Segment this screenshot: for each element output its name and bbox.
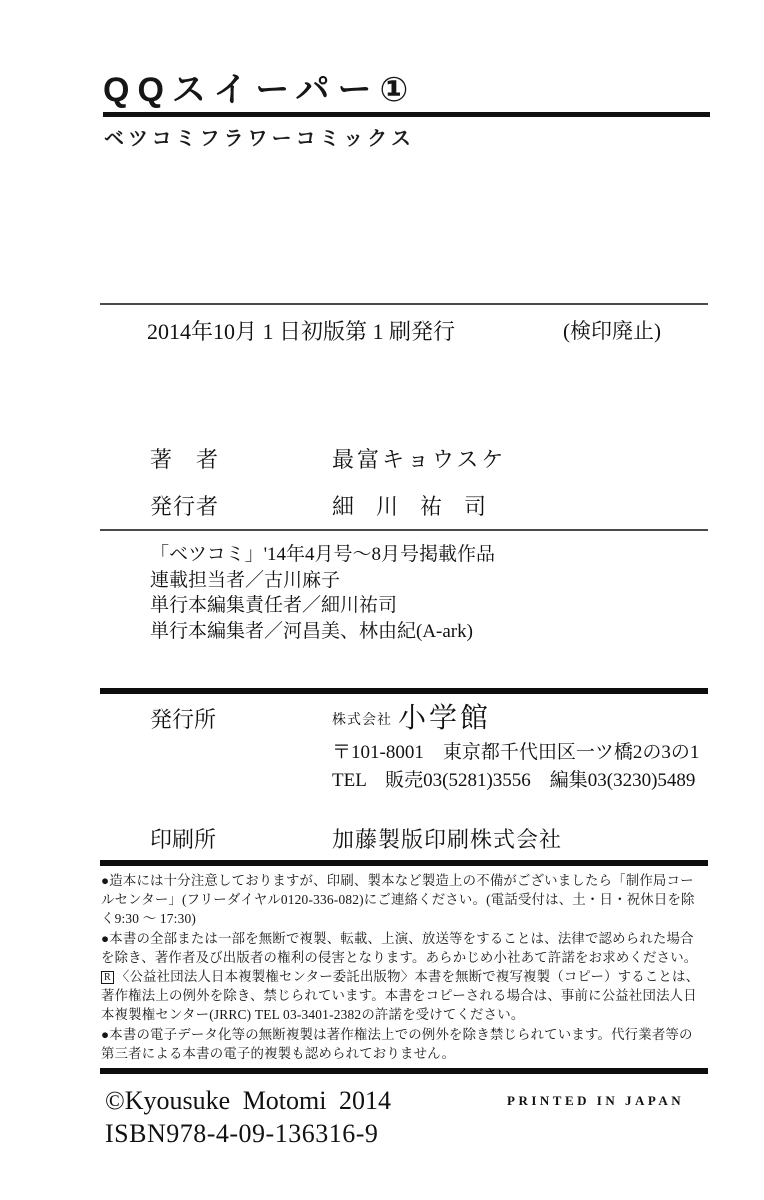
- printer-name: 加藤製版印刷株式会社: [332, 823, 562, 854]
- company-prefix: 株式会社: [332, 713, 392, 728]
- colophon-page: QQスイーパー① ベツコミフラワーコミックス 2014年10月 1 日初版第 1…: [0, 0, 764, 1200]
- notice-line-text: 〈公益社団法人日本複製権センター委託出版物〉本書を無断で複写複製（コピー）するこ…: [116, 969, 699, 984]
- credit-line: 連載担当者／古川麻子: [150, 568, 495, 594]
- publisher-phone: TEL 販売03(5281)3556 編集03(3230)5489: [332, 765, 695, 792]
- company-name: 小学館: [398, 703, 491, 734]
- notice-line: ●本書の電子データ化等の無断複製は著作権法上での例外を除き禁じられています。代行…: [101, 1025, 717, 1044]
- title-rule: [103, 112, 710, 117]
- author-name: 最富キョウスケ: [332, 443, 506, 474]
- divider-credits: [100, 529, 708, 531]
- notice-line: ルセンター」(フリーダイヤル0120-336-082)にご連絡ください。(電話受…: [101, 890, 717, 909]
- author-label: 著 者: [150, 443, 219, 474]
- notice-line: 本複製権センター(JRRC) TEL 03-3401-2382の許諾を受けてくだ…: [101, 1005, 717, 1024]
- publishing-house-name: 株式会社小学館: [332, 696, 491, 736]
- divider-publisher-bar: [100, 688, 708, 694]
- notice-line: 著作権法上の例外を除き、禁じられています。本書をコピーされる場合は、事前に公益社…: [101, 986, 717, 1005]
- publisher-address: 〒101-8001 東京都千代田区一ツ橋2の3の1: [332, 737, 699, 764]
- divider-footer-bar: [100, 1068, 708, 1074]
- publishing-house-label: 発行所: [150, 703, 216, 734]
- notice-line: ●造本には十分注意しておりますが、印刷、製本など製造上の不備がございましたら「制…: [101, 871, 717, 890]
- book-title: QQスイーパー①: [103, 62, 416, 111]
- credit-line: 「ベツコミ」'14年4月号～8月号掲載作品: [150, 542, 495, 568]
- stamp-abolition-note: (検印廃止): [563, 315, 661, 345]
- divider-notices-top-bar: [100, 860, 708, 866]
- jrrc-mark: R: [101, 971, 114, 984]
- notice-line: を除き、著作者及び出版者の権利の侵害となります。あらかじめ小社あて許諾をお求めく…: [101, 948, 717, 967]
- notice-line: 第三者による本書の電子的複製も認められておりません。: [101, 1044, 717, 1063]
- printed-in-japan: PRINTED IN JAPAN: [507, 1093, 684, 1109]
- copyright-line: ©Kyousuke Motomi 2014: [105, 1086, 391, 1116]
- divider-top: [100, 303, 708, 305]
- notice-line: く9:30 ～ 17:30): [101, 909, 717, 928]
- isbn-number: ISBN978-4-09-136316-9: [105, 1119, 378, 1149]
- credit-line: 単行本編集責任者／細川祐司: [150, 593, 495, 619]
- legal-notices: ●造本には十分注意しておりますが、印刷、製本など製造上の不備がございましたら「制…: [101, 871, 717, 1063]
- imprint-name: ベツコミフラワーコミックス: [104, 122, 415, 151]
- notice-line: R〈公益社団法人日本複製権センター委託出版物〉本書を無断で複写複製（コピー）する…: [101, 967, 717, 986]
- printer-label: 印刷所: [150, 823, 216, 854]
- serialization-credits: 「ベツコミ」'14年4月号～8月号掲載作品 連載担当者／古川麻子 単行本編集責任…: [150, 542, 495, 644]
- edition-date: 2014年10月 1 日初版第 1 刷発行: [147, 315, 455, 346]
- publisher-label: 発行者: [150, 490, 219, 521]
- credit-line: 単行本編集者／河昌美、林由紀(A-ark): [150, 619, 495, 645]
- notice-line: ●本書の全部または一部を無断で複製、転載、上演、放送等をすることは、法律で認めら…: [101, 929, 717, 948]
- publisher-name: 細 川 祐 司: [332, 490, 486, 521]
